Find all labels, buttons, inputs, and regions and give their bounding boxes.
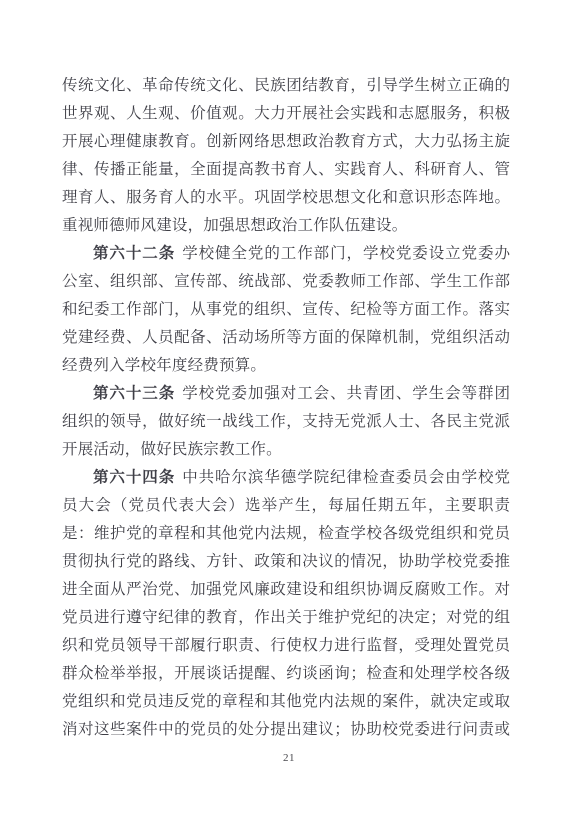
article-number: 第六十二条 (93, 245, 175, 262)
text-line: 开展心理健康教育。创新网络思想政治教育方式，大力弘扬主旋 (62, 128, 510, 156)
text-line: 第六十三条学校党委加强对工会、共青团、学生会等群团 (62, 380, 510, 408)
article-lead-text: 学校党委加强对工会、共青团、学生会等群团 (182, 385, 510, 402)
text-line: 组织的领导，做好统一战线工作，支持无党派人士、各民主党派 (62, 408, 510, 436)
text-line: 和纪委工作部门，从事党的组织、宣传、纪检等方面工作。落实 (62, 296, 510, 324)
page-number: 21 (0, 752, 578, 764)
text-line: 织和党员领导干部履行职责、行使权力进行监督，受理处置党员 (62, 632, 510, 660)
article-lead-text: 中共哈尔滨华德学院纪律检查委员会由学校党 (182, 469, 510, 486)
article-lead-text: 学校健全党的工作部门，学校党委设立党委办 (182, 245, 510, 262)
text-line: 党员进行遵守纪律的教育，作出关于维护党纪的决定；对党的组 (62, 604, 510, 632)
text-line: 重视师德师风建设，加强思想政治工作队伍建设。 (62, 212, 510, 240)
text-line: 第六十四条中共哈尔滨华德学院纪律检查委员会由学校党 (62, 464, 510, 492)
text-line: 律、传播正能量，全面提高教书育人、实践育人、科研育人、管 (62, 156, 510, 184)
text-line: 传统文化、革命传统文化、民族团结教育，引导学生树立正确的 (62, 72, 510, 100)
text-line: 员大会（党员代表大会）选举产生，每届任期五年，主要职责 (62, 492, 510, 520)
document-page: 传统文化、革命传统文化、民族团结教育，引导学生树立正确的 世界观、人生观、价值观… (0, 0, 578, 824)
text-line: 党建经费、人员配备、活动场所等方面的保障机制，党组织活动 (62, 324, 510, 352)
text-line: 世界观、人生观、价值观。大力开展社会实践和志愿服务，积极 (62, 100, 510, 128)
article-number: 第六十三条 (93, 385, 175, 402)
text-line: 经费列入学校年度经费预算。 (62, 352, 510, 380)
text-line: 理育人、服务育人的水平。巩固学校思想文化和意识形态阵地。 (62, 184, 510, 212)
document-text: 传统文化、革命传统文化、民族团结教育，引导学生树立正确的 世界观、人生观、价值观… (62, 72, 510, 744)
text-line: 群众检举举报，开展谈话提醒、约谈函询；检查和处理学校各级 (62, 660, 510, 688)
text-line: 公室、组织部、宣传部、统战部、党委教师工作部、学生工作部 (62, 268, 510, 296)
text-line: 开展活动，做好民族宗教工作。 (62, 436, 510, 464)
text-line: 是：维护党的章程和其他党内法规，检查学校各级党组织和党员 (62, 520, 510, 548)
text-line: 党组织和党员违反党的章程和其他党内法规的案件，就决定或取 (62, 688, 510, 716)
text-line: 第六十二条学校健全党的工作部门，学校党委设立党委办 (62, 240, 510, 268)
text-line: 贯彻执行党的路线、方针、政策和决议的情况，协助学校党委推 (62, 548, 510, 576)
article-number: 第六十四条 (93, 469, 175, 486)
text-line: 进全面从严治党、加强党风廉政建设和组织协调反腐败工作。对 (62, 576, 510, 604)
text-line: 消对这些案件中的党员的处分提出建议；协助校党委进行问责或 (62, 716, 510, 744)
